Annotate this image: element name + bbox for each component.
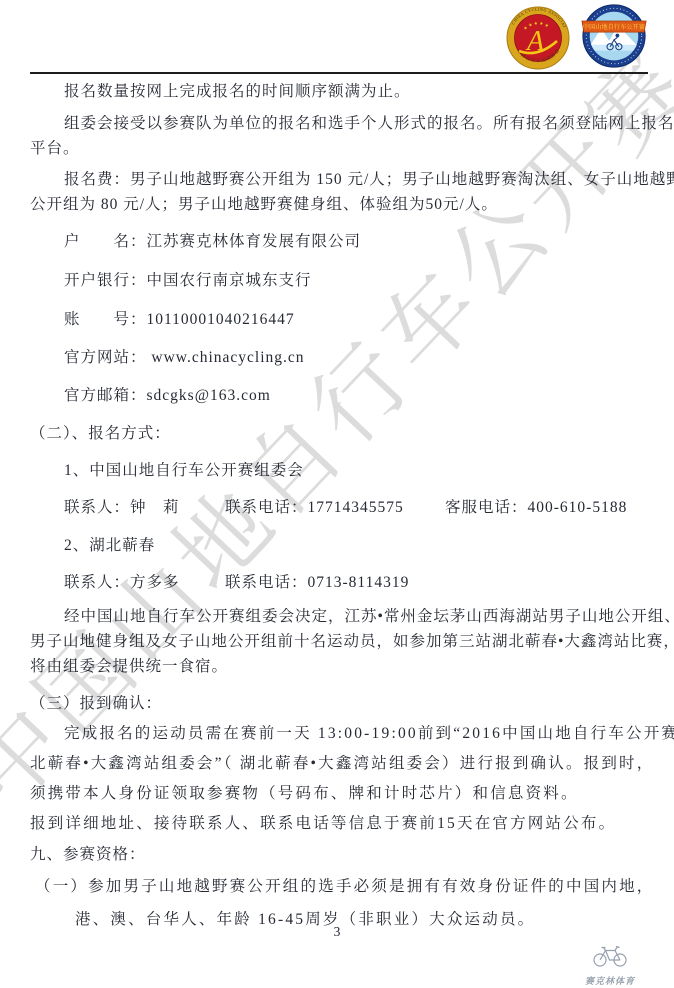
- paragraph-line: 平台。: [30, 139, 660, 159]
- paragraph-line: 公开组为 80 元/人；男子山地越野赛健身组、体验组为50元/人。: [30, 195, 660, 215]
- list-item: 1、中国山地自行车公开赛组委会: [30, 461, 674, 481]
- paragraph-line: 组委会接受以参赛队为单位的报名和选手个人形式的报名。所有报名须登陆网上报名: [30, 114, 674, 134]
- email-line: 官方邮箱：sdcgks@163.com: [30, 386, 674, 406]
- account-name-line: 户 名：江苏赛克林体育发展有限公司: [30, 232, 674, 252]
- contact-person: 联系人：方多多: [64, 574, 180, 591]
- paragraph-line: 完成报名的运动员需在赛前一天 13:00-19:00前到“2016中国山地自行车…: [30, 724, 674, 744]
- account-number-line: 账 号：10110001040216447: [30, 310, 674, 330]
- paragraph-line: （一）参加男子山地越野赛公开组的选手必须是拥有有效身份证件的中国内地，: [30, 877, 665, 897]
- contact-row: 联系人：方多多 联系电话：0713-8114319: [30, 573, 674, 593]
- service-phone: 客服电话：400-610-5188: [445, 498, 627, 518]
- paragraph-line: 北蕲春•大鑫湾站组委会”（ 湖北蕲春•大鑫湾站组委会）进行报到确认。报到时，: [30, 754, 660, 774]
- section-heading: （三）报到确认：: [30, 694, 660, 714]
- contact-person: 联系人：钟 莉: [64, 499, 180, 516]
- brand-label: 赛克林体育: [558, 974, 662, 987]
- document-page: 中国山地自行车公开赛 CHINA CYCLING ASSOCIATION 中国自…: [0, 0, 674, 988]
- paragraph-line: 经中国山地自行车公开赛组委会决定，江苏•常州金坛茅山西海湖站男子山地公开组、: [30, 607, 674, 627]
- bank-line: 开户银行：中国农行南京城东支行: [30, 271, 674, 291]
- logo-banner-text: 中国山地自行车公开赛: [583, 23, 645, 31]
- section-heading: （二）、报名方式：: [30, 424, 660, 444]
- section-heading: 九、参赛资格：: [30, 845, 660, 865]
- paragraph-line: 报到详细地址、接待联系人、联系电话等信息于赛前15天在官方网站公布。: [30, 814, 660, 834]
- brand-mark: 赛克林体育: [558, 942, 662, 987]
- list-item: 2、湖北蕲春: [30, 536, 674, 556]
- contact-row: 联系人：钟 莉 联系电话：17714345575 客服电话：400-610-51…: [30, 498, 674, 518]
- header-divider: [30, 72, 648, 74]
- contact-phone: 联系电话：17714345575: [225, 498, 404, 518]
- contact-phone: 联系电话：0713-8114319: [225, 573, 409, 593]
- page-number: 3: [0, 924, 674, 940]
- mtb-open-logo: 中国山地自行车公开赛: [574, 2, 654, 72]
- paragraph-line: 男子山地健身组及女子山地公开组前十名运动员，如参加第三站湖北蕲春•大鑫湾站比赛，: [30, 632, 660, 652]
- paragraph-line: 须携带本人身份证领取参赛物（号码布、牌和计时芯片）和信息资料。: [30, 784, 660, 804]
- paragraph-line: 报名数量按网上完成报名的时间顺序额满为止。: [30, 82, 674, 102]
- china-cycling-association-logo: CHINA CYCLING ASSOCIATION 中国自行车运动协会 ★ ★ …: [506, 6, 570, 70]
- website-line: 官方网站： www.chinacycling.cn: [30, 348, 674, 368]
- bicycle-icon: [590, 942, 630, 968]
- paragraph-line: 将由组委会提供统一食宿。: [30, 657, 660, 677]
- paragraph-line: 报名费：男子山地越野赛公开组为 150 元/人；男子山地越野赛淘汰组、女子山地越…: [30, 170, 674, 190]
